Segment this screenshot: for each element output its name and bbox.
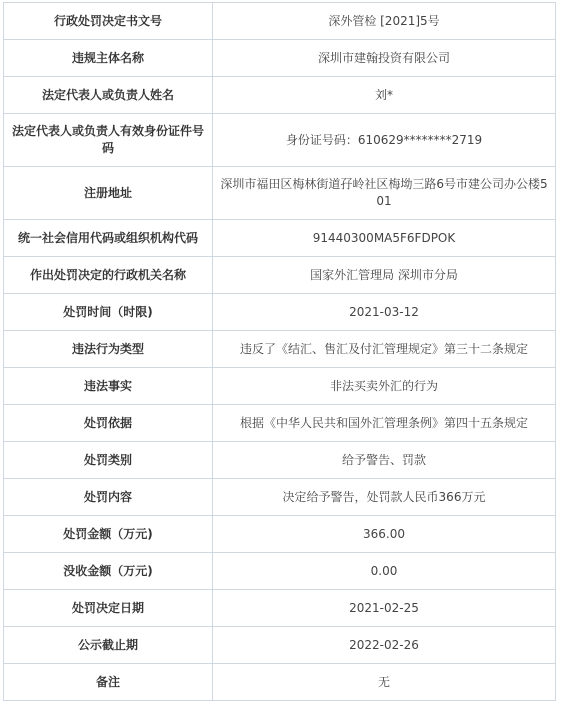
table-row: 处罚决定日期 2021-02-25 [4,590,556,627]
table-row: 行政处罚决定书文号 深外管检 [2021]5号 [4,3,556,40]
table-row: 处罚内容 决定给予警告，处罚款人民币366万元 [4,479,556,516]
table-row: 违法事实 非法买卖外汇的行为 [4,368,556,405]
table-row: 作出处罚决定的行政机关名称 国家外汇管理局 深圳市分局 [4,257,556,294]
penalty-info-table: 行政处罚决定书文号 深外管检 [2021]5号 违规主体名称 深圳市建翰投资有限… [3,2,556,701]
row-label-authority: 作出处罚决定的行政机关名称 [4,257,213,294]
row-label-confiscation-amount: 没收金额（万元) [4,553,213,590]
row-label-penalty-content: 处罚内容 [4,479,213,516]
row-value-penalty-category: 给予警告、罚款 [213,442,556,479]
table-row: 处罚金额（万元) 366.00 [4,516,556,553]
row-label-remarks: 备注 [4,664,213,701]
row-value-publicity-deadline: 2022-02-26 [213,627,556,664]
row-label-credit-code: 统一社会信用代码或组织机构代码 [4,220,213,257]
table-row: 法定代表人或负责人姓名 刘* [4,77,556,114]
row-label-penalty-category: 处罚类别 [4,442,213,479]
row-label-decision-number: 行政处罚决定书文号 [4,3,213,40]
row-label-legal-rep-id: 法定代表人或负责人有效身份证件号码 [4,114,213,167]
row-value-authority: 国家外汇管理局 深圳市分局 [213,257,556,294]
row-label-violation-facts: 违法事实 [4,368,213,405]
table-row: 注册地址 深圳市福田区梅林街道孖岭社区梅坳三路6号市建公司办公楼501 [4,167,556,220]
table-row: 备注 无 [4,664,556,701]
row-label-penalty-time: 处罚时间（时限) [4,294,213,331]
table-row: 统一社会信用代码或组织机构代码 91440300MA5F6FDPOK [4,220,556,257]
penalty-info-table-container: 行政处罚决定书文号 深外管检 [2021]5号 违规主体名称 深圳市建翰投资有限… [3,2,556,701]
row-label-penalty-basis: 处罚依据 [4,405,213,442]
row-value-penalty-amount: 366.00 [213,516,556,553]
row-value-registered-address: 深圳市福田区梅林街道孖岭社区梅坳三路6号市建公司办公楼501 [213,167,556,220]
row-value-violation-facts: 非法买卖外汇的行为 [213,368,556,405]
row-value-violation-type: 违反了《结汇、售汇及付汇管理规定》第三十二条规定 [213,331,556,368]
row-value-penalty-basis: 根据《中华人民共和国外汇管理条例》第四十五条规定 [213,405,556,442]
row-label-violation-type: 违法行为类型 [4,331,213,368]
table-row: 处罚依据 根据《中华人民共和国外汇管理条例》第四十五条规定 [4,405,556,442]
row-value-penalty-time: 2021-03-12 [213,294,556,331]
row-label-violator-name: 违规主体名称 [4,40,213,77]
row-label-registered-address: 注册地址 [4,167,213,220]
row-label-penalty-amount: 处罚金额（万元) [4,516,213,553]
row-value-legal-rep-id: 身份证号码：610629********2719 [213,114,556,167]
table-row: 没收金额（万元) 0.00 [4,553,556,590]
row-value-credit-code: 91440300MA5F6FDPOK [213,220,556,257]
table-row: 处罚类别 给予警告、罚款 [4,442,556,479]
row-value-decision-number: 深外管检 [2021]5号 [213,3,556,40]
row-label-publicity-deadline: 公示截止期 [4,627,213,664]
row-value-penalty-content: 决定给予警告，处罚款人民币366万元 [213,479,556,516]
table-row: 违法行为类型 违反了《结汇、售汇及付汇管理规定》第三十二条规定 [4,331,556,368]
row-label-decision-date: 处罚决定日期 [4,590,213,627]
row-value-confiscation-amount: 0.00 [213,553,556,590]
table-row: 处罚时间（时限) 2021-03-12 [4,294,556,331]
row-value-remarks: 无 [213,664,556,701]
table-row: 公示截止期 2022-02-26 [4,627,556,664]
row-value-decision-date: 2021-02-25 [213,590,556,627]
row-value-legal-rep-name: 刘* [213,77,556,114]
table-row: 违规主体名称 深圳市建翰投资有限公司 [4,40,556,77]
row-label-legal-rep-name: 法定代表人或负责人姓名 [4,77,213,114]
table-row: 法定代表人或负责人有效身份证件号码 身份证号码：610629********27… [4,114,556,167]
row-value-violator-name: 深圳市建翰投资有限公司 [213,40,556,77]
